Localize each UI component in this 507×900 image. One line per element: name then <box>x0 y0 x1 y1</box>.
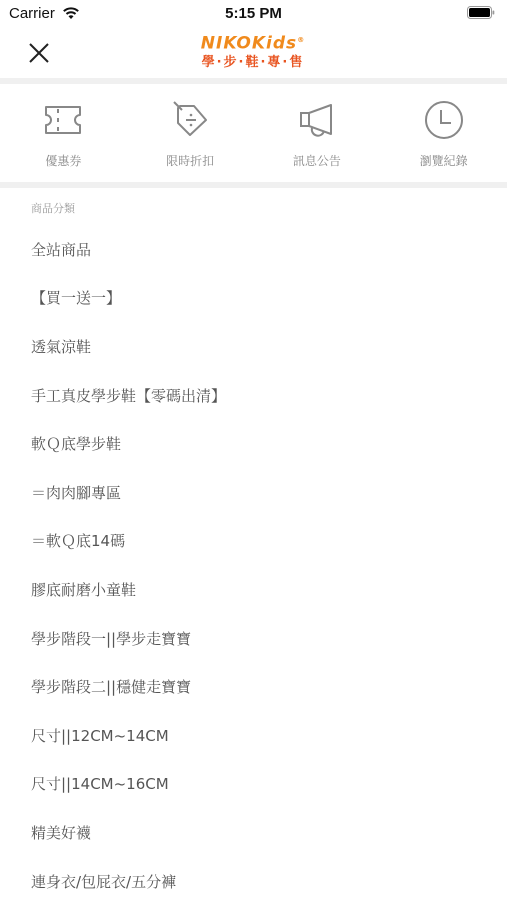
quick-action-coupon[interactable]: 優惠券 <box>0 86 127 182</box>
category-item[interactable]: ＝軟Ｑ底14碼 <box>0 517 507 566</box>
brand-logo: NIKOKids® 學·步·鞋·專·售 <box>188 30 318 72</box>
logo-registered-mark: ® <box>297 36 305 44</box>
logo-brand: NIKOKids® <box>188 30 318 54</box>
quick-action-label: 優惠券 <box>45 152 81 169</box>
category-item[interactable]: 尺寸||14CM~16CM <box>0 760 507 809</box>
megaphone-icon <box>295 98 339 142</box>
status-bar: Carrier 5:15 PM <box>0 0 507 28</box>
category-item[interactable]: 精美好襪 <box>0 808 507 857</box>
category-item[interactable]: 【買一送一】 <box>0 274 507 323</box>
category-item[interactable]: 尺寸||12CM~14CM <box>0 711 507 760</box>
section-divider <box>0 182 507 188</box>
category-item[interactable]: 軟Ｑ底學步鞋 <box>0 419 507 468</box>
quick-actions: 優惠券 限時折扣 訊息公告 瀏覽紀錄 <box>0 86 507 182</box>
category-list: 全站商品 【買一送一】 透氣涼鞋 手工真皮學步鞋【零碼出清】 軟Ｑ底學步鞋 ＝肉… <box>0 225 507 900</box>
clock-icon <box>422 98 466 142</box>
category-item[interactable]: 連身衣/包屁衣/五分褲 <box>0 857 507 900</box>
battery-full-icon <box>467 6 495 19</box>
logo-tagline: 學·步·鞋·專·售 <box>188 54 318 72</box>
status-time: 5:15 PM <box>0 5 507 22</box>
section-title-categories: 商品分類 <box>31 200 75 216</box>
logo-brand-text: NIKOKids <box>201 34 297 54</box>
category-item[interactable]: ＝肉肉腳專區 <box>0 468 507 517</box>
quick-action-discount[interactable]: 限時折扣 <box>127 86 254 182</box>
category-item[interactable]: 透氣涼鞋 <box>0 322 507 371</box>
discount-tag-icon <box>168 98 212 142</box>
category-item[interactable]: 學步階段一||學步走寶寶 <box>0 614 507 663</box>
quick-action-history[interactable]: 瀏覽紀錄 <box>380 86 507 182</box>
close-icon[interactable] <box>24 38 54 68</box>
quick-action-label: 訊息公告 <box>293 152 341 169</box>
ticket-icon <box>41 98 85 142</box>
category-item[interactable]: 手工真皮學步鞋【零碼出清】 <box>0 371 507 420</box>
section-divider <box>0 78 507 84</box>
category-item[interactable]: 膠底耐磨小童鞋 <box>0 565 507 614</box>
quick-action-label: 瀏覽紀錄 <box>420 152 468 169</box>
quick-action-label: 限時折扣 <box>166 152 214 169</box>
category-item[interactable]: 全站商品 <box>0 225 507 274</box>
category-item[interactable]: 學步階段二||穩健走寶寶 <box>0 662 507 711</box>
quick-action-announcements[interactable]: 訊息公告 <box>254 86 381 182</box>
nav-bar: NIKOKids® 學·步·鞋·專·售 <box>0 28 507 78</box>
